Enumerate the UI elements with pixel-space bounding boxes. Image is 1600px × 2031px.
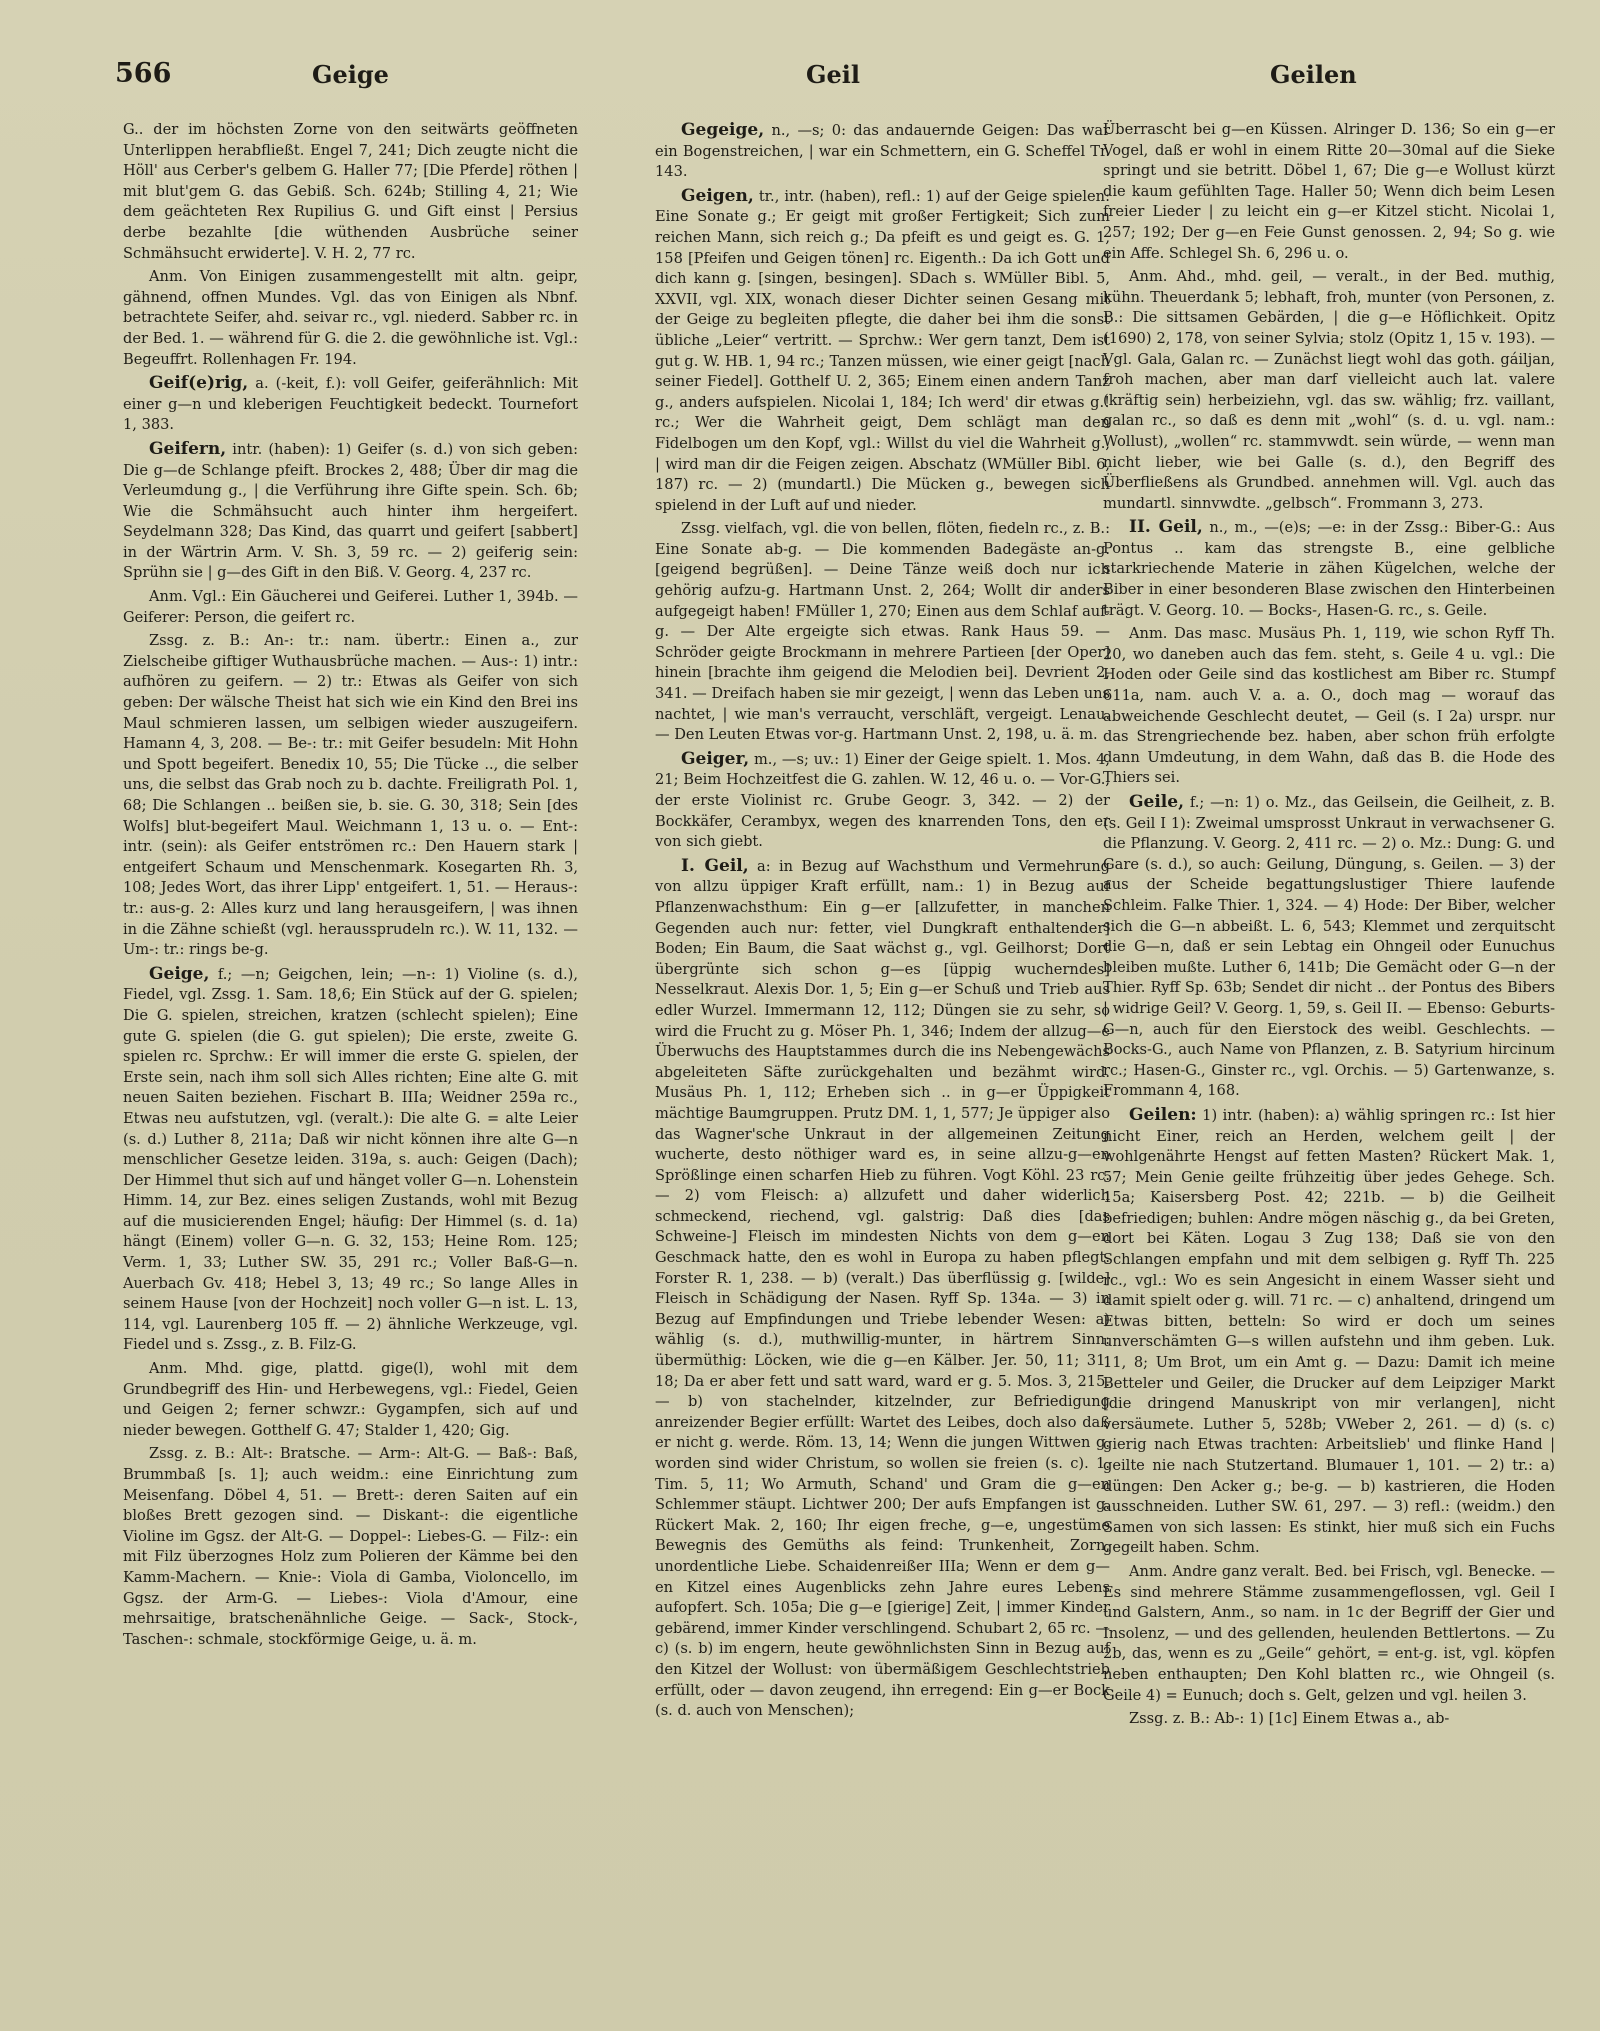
- entry-paragraph: G.. der im höchsten Zorne von den seitwä…: [123, 120, 578, 264]
- entry-headword: Geifern,: [149, 439, 226, 459]
- dictionary-entry: Geiger, m., —s; uv.: 1) Einer der Geige …: [655, 749, 1110, 853]
- entry-paragraph: Anm. Andre ganz veralt. Bed. bei Frisch,…: [1103, 1562, 1555, 1706]
- entry-text: Zssg. vielfach, vgl. die von bellen, flö…: [655, 520, 1110, 743]
- column-1: G.. der im höchsten Zorne von den seitwä…: [123, 120, 578, 1653]
- entry-paragraph: Zssg. vielfach, vgl. die von bellen, flö…: [655, 519, 1110, 746]
- entry-paragraph: Anm. Mhd. gige, plattd. gige(l), wohl mi…: [123, 1359, 578, 1441]
- dictionary-entry: Geilen: 1) intr. (haben): a) wählig spri…: [1103, 1105, 1555, 1559]
- entry-text: G.. der im höchsten Zorne von den seitwä…: [123, 121, 578, 262]
- entry-text: f.; —n; Geigchen, lein; —n-: 1) Violine …: [123, 966, 578, 1354]
- entry-text: 1) intr. (haben): a) wählig springen rc.…: [1103, 1107, 1555, 1556]
- column-2: Gegeige, n., —s; 0: das andauernde Geige…: [655, 120, 1110, 1725]
- entry-text: Überrascht bei g—en Küssen. Alringer D. …: [1103, 121, 1555, 262]
- entry-paragraph: Zssg. z. B.: An-: tr.: nam. übertr.: Ein…: [123, 631, 578, 961]
- entry-headword: II. Geil,: [1129, 517, 1203, 537]
- entry-text: Anm. Vgl.: Ein Gäucherei und Geiferei. L…: [123, 588, 578, 626]
- entry-paragraph: Anm. Vgl.: Ein Gäucherei und Geiferei. L…: [123, 587, 578, 628]
- entry-paragraph: Überrascht bei g—en Küssen. Alringer D. …: [1103, 120, 1555, 264]
- page-header: 566 Geige Geil Geilen: [0, 58, 1600, 98]
- dictionary-entry: Geigen, tr., intr. (haben), refl.: 1) au…: [655, 186, 1110, 517]
- entry-headword: Geile,: [1129, 792, 1184, 812]
- entry-text: f.; —n: 1) o. Mz., das Geilsein, die Gei…: [1103, 794, 1555, 1099]
- entry-text: Zssg. z. B.: An-: tr.: nam. übertr.: Ein…: [123, 632, 578, 958]
- entry-headword: Geiger,: [681, 749, 749, 769]
- page-number: 566: [115, 58, 171, 89]
- dictionary-entry: I. Geil, a: in Bezug auf Wachsthum und V…: [655, 856, 1110, 1722]
- entry-headword: I. Geil,: [681, 856, 749, 876]
- entry-headword: Gegeige,: [681, 120, 764, 140]
- entry-paragraph: Anm. Von Einigen zusammengestellt mit al…: [123, 267, 578, 370]
- entry-text: Anm. Mhd. gige, plattd. gige(l), wohl mi…: [123, 1360, 578, 1439]
- right-running-headword: Geilen: [1270, 60, 1357, 89]
- entry-text: Anm. Das masc. Musäus Ph. 1, 119, wie sc…: [1103, 625, 1555, 786]
- entry-text: tr., intr. (haben), refl.: 1) auf der Ge…: [655, 188, 1110, 514]
- entry-paragraph: Zssg. z. B.: Alt-: Bratsche. — Arm-: Alt…: [123, 1444, 578, 1650]
- entry-headword: Geige,: [149, 964, 209, 984]
- entry-text: Zssg. z. B.: Alt-: Bratsche. — Arm-: Alt…: [123, 1445, 578, 1647]
- entry-text: intr. (haben): 1) Geifer (s. d.) von sic…: [123, 441, 578, 582]
- dictionary-entry: Geile, f.; —n: 1) o. Mz., das Geilsein, …: [1103, 792, 1555, 1102]
- entry-text: Zssg. z. B.: Ab-: 1) [1c] Einem Etwas a.…: [1129, 1710, 1449, 1727]
- entry-headword: Geigen,: [681, 186, 754, 206]
- dictionary-entry: Gegeige, n., —s; 0: das andauernde Geige…: [655, 120, 1110, 183]
- entry-paragraph: Zssg. z. B.: Ab-: 1) [1c] Einem Etwas a.…: [1103, 1709, 1555, 1730]
- entry-text: Anm. Ahd., mhd. geil, — veralt., in der …: [1103, 268, 1555, 512]
- center-running-headword: Geil: [806, 60, 860, 89]
- entry-text: Anm. Andre ganz veralt. Bed. bei Frisch,…: [1103, 1563, 1555, 1704]
- dictionary-entry: Geifern, intr. (haben): 1) Geifer (s. d.…: [123, 439, 578, 584]
- dictionary-entry: Geige, f.; —n; Geigchen, lein; —n-: 1) V…: [123, 964, 578, 1356]
- dictionary-entry: II. Geil, n., m., —(e)s; —e: in der Zssg…: [1103, 517, 1555, 621]
- column-3: Überrascht bei g—en Küssen. Alringer D. …: [1103, 120, 1555, 1733]
- entry-text: a: in Bezug auf Wachsthum und Vermehrung…: [655, 858, 1110, 1719]
- left-running-headword: Geige: [312, 60, 389, 89]
- entry-text: Anm. Von Einigen zusammengestellt mit al…: [123, 268, 578, 367]
- entry-headword: Geif(e)rig,: [149, 373, 248, 393]
- dictionary-page: 566 Geige Geil Geilen G.. der im höchste…: [0, 0, 1600, 2031]
- entry-paragraph: Anm. Das masc. Musäus Ph. 1, 119, wie sc…: [1103, 624, 1555, 789]
- dictionary-entry: Geif(e)rig, a. (-keit, f.): voll Geifer,…: [123, 373, 578, 436]
- entry-paragraph: Anm. Ahd., mhd. geil, — veralt., in der …: [1103, 267, 1555, 514]
- entry-headword: Geilen:: [1129, 1105, 1197, 1125]
